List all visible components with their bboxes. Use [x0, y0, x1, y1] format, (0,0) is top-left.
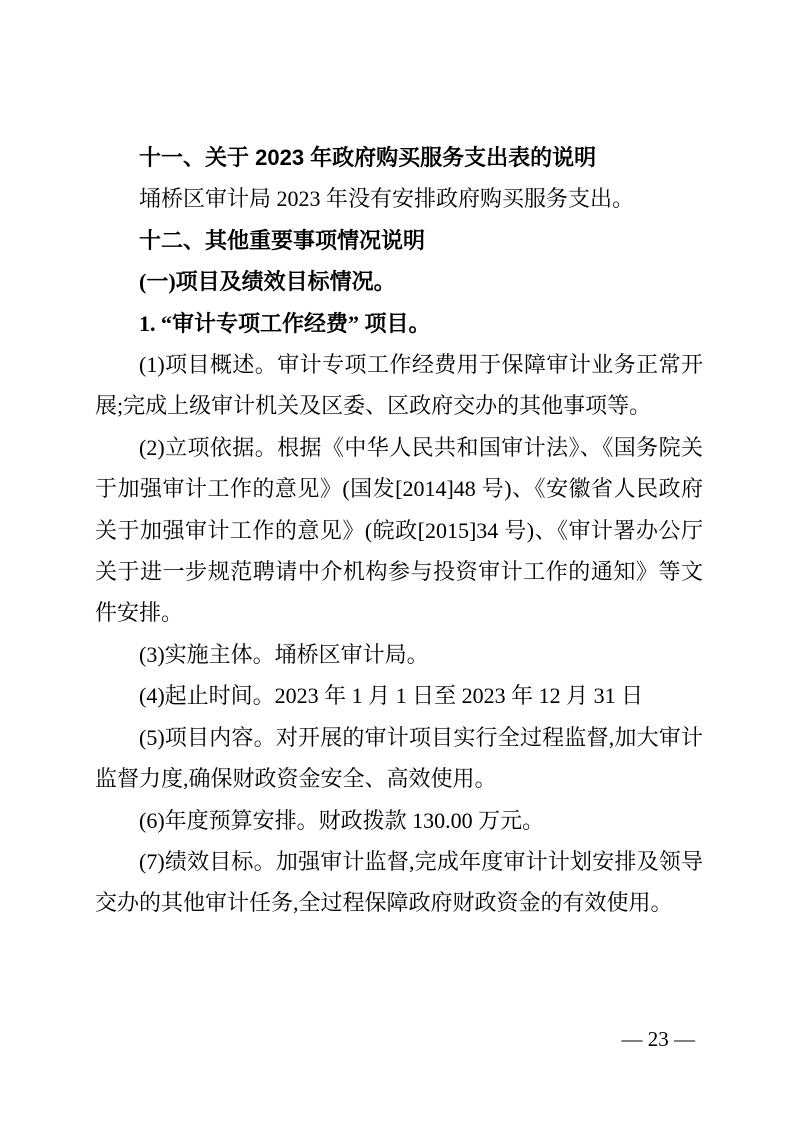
- project-heading-audit-special-fund: 1. “审计专项工作经费” 项目。: [95, 303, 703, 344]
- paragraph-no-purchase: 埇桥区审计局 2023 年没有安排政府购买服务支出。: [95, 178, 703, 219]
- paragraph-project-content: (5)项目内容。对开展的审计项目实行全过程监督,加大审计监督力度,确保财政资金安…: [95, 717, 703, 800]
- paragraph-project-overview: (1)项目概述。审计专项工作经费用于保障审计业务正常开展;完成上级审计机关及区委…: [95, 344, 703, 427]
- paragraph-time-range: (4)起止时间。2023 年 1 月 1 日至 2023 年 12 月 31 日: [95, 675, 703, 716]
- document-content: 十一、关于 2023 年政府购买服务支出表的说明 埇桥区审计局 2023 年没有…: [95, 137, 703, 924]
- section-heading-12: 十二、其他重要事项情况说明: [95, 220, 703, 261]
- section-heading-11: 十一、关于 2023 年政府购买服务支出表的说明: [95, 137, 703, 178]
- page-number: — 23 —: [622, 1026, 696, 1052]
- paragraph-implementing-body: (3)实施主体。埇桥区审计局。: [95, 634, 703, 675]
- paragraph-annual-budget: (6)年度预算安排。财政拨款 130.00 万元。: [95, 800, 703, 841]
- subsection-heading-project-performance: (一)项目及绩效目标情况。: [95, 261, 703, 302]
- paragraph-performance-target: (7)绩效目标。加强审计监督,完成年度审计计划安排及领导交办的其他审计任务,全过…: [95, 841, 703, 924]
- paragraph-project-basis: (2)立项依据。根据《中华人民共和国审计法》、《国务院关于加强审计工作的意见》(…: [95, 427, 703, 634]
- document-page: 十一、关于 2023 年政府购买服务支出表的说明 埇桥区审计局 2023 年没有…: [0, 0, 793, 1122]
